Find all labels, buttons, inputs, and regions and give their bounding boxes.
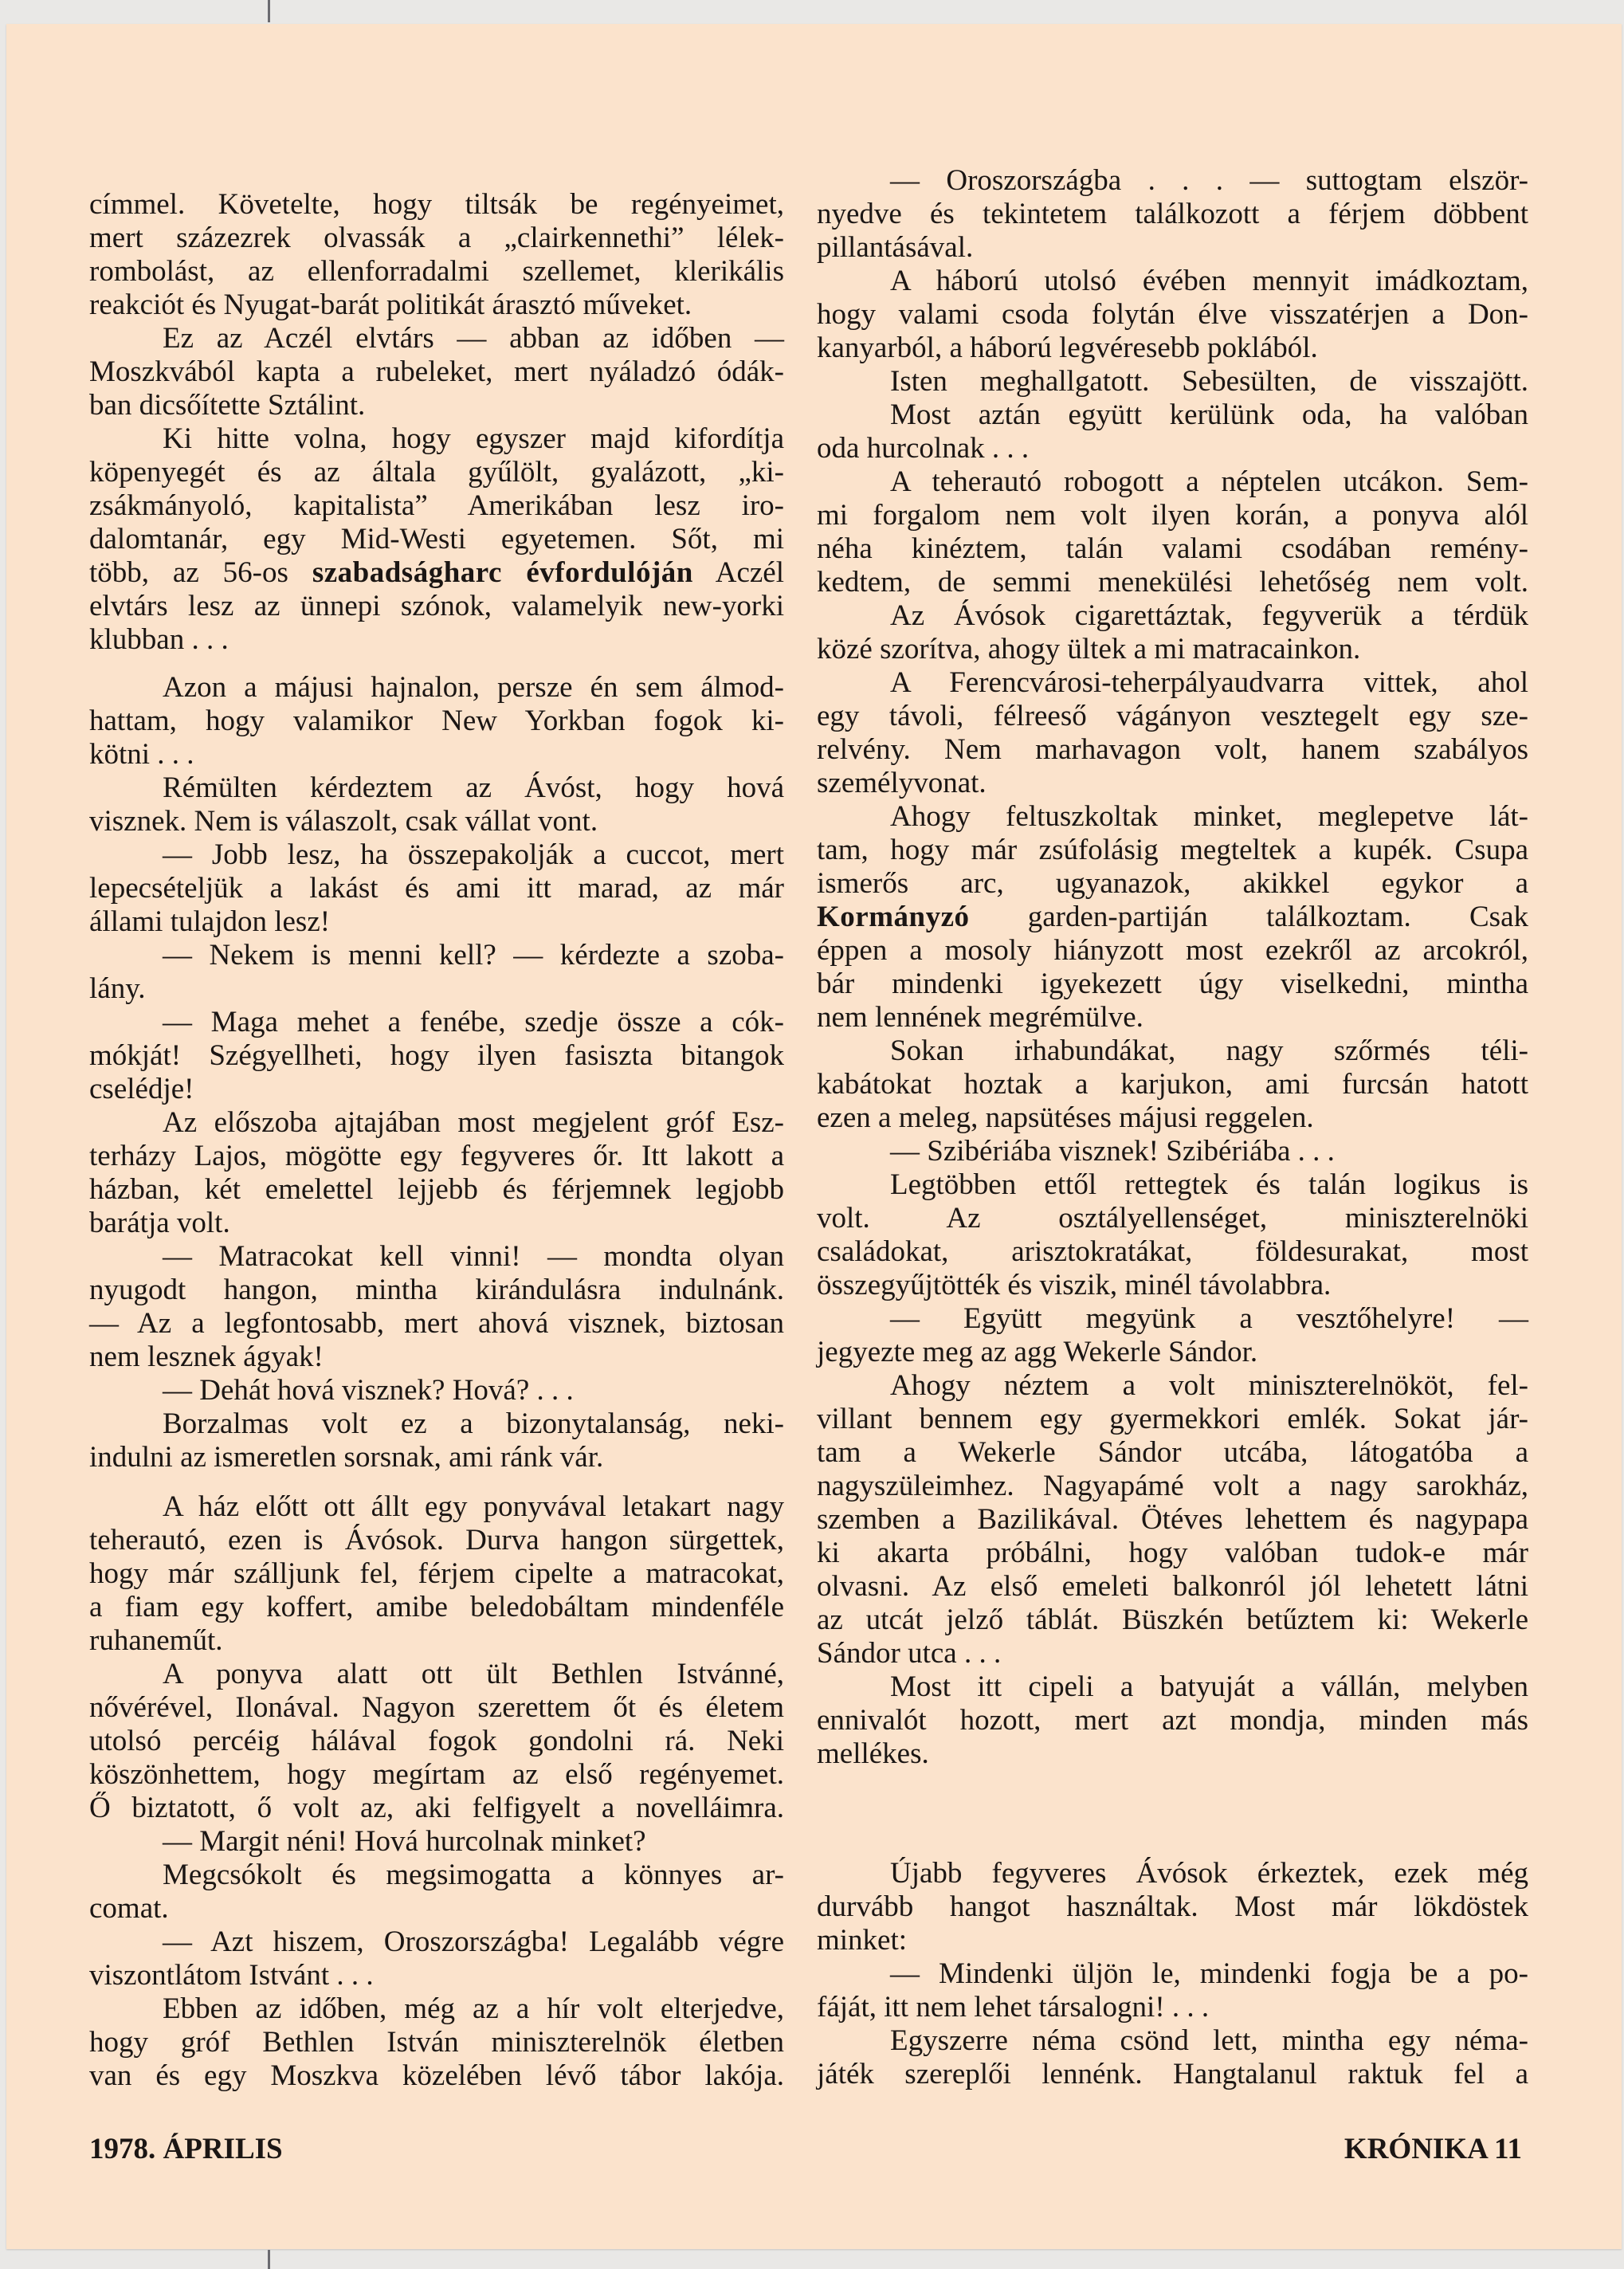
text-line: durvább hangot használtak. Most már lökd… bbox=[817, 1890, 1528, 1924]
text-line: házban, két emelettel lejjebb és férjemn… bbox=[89, 1173, 784, 1207]
text-line: ki akarta próbálni, hogy valóban tudok-e… bbox=[817, 1537, 1528, 1570]
text-line: Most itt cipeli a batyuját a vállán, mel… bbox=[817, 1670, 1528, 1704]
text-line: utolsó percéig hálával fogok gondolni rá… bbox=[89, 1725, 784, 1758]
text-line: — Az a legfontosabb, mert ahová visznek,… bbox=[89, 1307, 784, 1341]
text-line: indulni az ismeretlen sorsnak, ami ránk … bbox=[89, 1441, 784, 1474]
text-line: ezen a meleg, napsütéses májusi reggelen… bbox=[817, 1101, 1528, 1135]
text-line: cselédje! bbox=[89, 1073, 784, 1106]
text-line: hogy már szálljunk fel, férjem cipelte a… bbox=[89, 1557, 784, 1591]
text-line: barátja volt. bbox=[89, 1207, 784, 1240]
text-line: — Matracokat kell vinni! — mondta olyan bbox=[89, 1240, 784, 1274]
text-line: családokat, arisztokratákat, földesuraka… bbox=[817, 1235, 1528, 1269]
text-line: reakciót és Nyugat-barát politikát árasz… bbox=[89, 289, 784, 322]
footer-page-number: KRÓNIKA 11 bbox=[1344, 2132, 1522, 2166]
text-line: A ponyva alatt ott ült Bethlen Istvánné, bbox=[89, 1658, 784, 1691]
text-line: ennivalót hozott, mert azt mondja, minde… bbox=[817, 1704, 1528, 1737]
text-line: Egyszerre néma csönd lett, mintha egy né… bbox=[817, 2024, 1528, 2058]
text-line: mert százezrek olvassák a „clairkennethi… bbox=[89, 222, 784, 255]
text-line: — Szibériába visznek! Szibériába . . . bbox=[817, 1135, 1528, 1168]
text-line: visznek. Nem is válaszolt, csak vállat v… bbox=[89, 805, 784, 838]
text-line: A háború utolsó évében mennyit imádkozta… bbox=[817, 265, 1528, 298]
text-line: teherautó, ezen is Ávósok. Durva hangon … bbox=[89, 1524, 784, 1557]
text-line: oda hurcolnak . . . bbox=[817, 432, 1528, 465]
text-line: több, az 56-os szabadságharc évfordulójá… bbox=[89, 556, 784, 590]
text-line: tam, hogy már zsúfolásig megteltek a kup… bbox=[817, 834, 1528, 867]
text-line: nyedve és tekintetem találkozott a férje… bbox=[817, 198, 1528, 231]
text-line: köszönhettem, hogy megírtam az első regé… bbox=[89, 1758, 784, 1792]
text-line: személyvonat. bbox=[817, 767, 1528, 800]
text-line: Most aztán együtt kerülünk oda, ha valób… bbox=[817, 398, 1528, 432]
text-line: Ahogy feltuszkoltak minket, meglepetve l… bbox=[817, 800, 1528, 834]
text-line: Sándor utca . . . bbox=[817, 1637, 1528, 1670]
text-line: olvasni. Az első emeleti balkonról jól l… bbox=[817, 1570, 1528, 1604]
text-line: bár mindenki igyekezett úgy viselkedni, … bbox=[817, 968, 1528, 1001]
text-line: kötni . . . bbox=[89, 738, 784, 771]
text-line: — Nekem is menni kell? — kérdezte a szob… bbox=[89, 939, 784, 972]
text-line: néha kinéztem, talán valami csodában rem… bbox=[817, 532, 1528, 566]
text-line: Sokan irhabundákat, nagy szőrmés téli- bbox=[817, 1034, 1528, 1068]
text-line: — Azt hiszem, Oroszországba! Legalább vé… bbox=[89, 1926, 784, 1959]
text-line: A Ferencvárosi-teherpályaudvarra vittek,… bbox=[817, 666, 1528, 700]
text-line: összegyűjtötték és viszik, minél távolab… bbox=[817, 1269, 1528, 1302]
text-line: — Együtt megyünk a vesztőhelyre! — bbox=[817, 1302, 1528, 1336]
text-line: Rémülten kérdeztem az Ávóst, hogy hová bbox=[89, 771, 784, 805]
text-line: A ház előtt ott állt egy ponyvával letak… bbox=[89, 1490, 784, 1524]
text-line: egy távoli, félreeső vágányon vesztegelt… bbox=[817, 700, 1528, 733]
text-line: Ki hitte volna, hogy egyszer majd kiford… bbox=[89, 422, 784, 456]
text-line: van és egy Moszkva közelében lévő tábor … bbox=[89, 2059, 784, 2093]
text-line: hogy gróf Bethlen István miniszterelnök … bbox=[89, 2026, 784, 2059]
magazine-page: címmel. Követelte, hogy tiltsák be regén… bbox=[6, 24, 1622, 2249]
text-line: Ahogy néztem a volt miniszterelnököt, fe… bbox=[817, 1369, 1528, 1403]
text-line: Újabb fegyveres Ávósok érkeztek, ezek mé… bbox=[817, 1857, 1528, 1890]
text-line: — Mindenki üljön le, mindenki fogja be a… bbox=[817, 1957, 1528, 1991]
text-line: klubban . . . bbox=[89, 623, 784, 657]
text-line: mi forgalom nem volt ilyen korán, a pony… bbox=[817, 499, 1528, 532]
text-line: hogy valami csoda folytán élve visszatér… bbox=[817, 298, 1528, 332]
text-line: comat. bbox=[89, 1892, 784, 1926]
text-line: terházy Lajos, mögötte egy fegyveres őr.… bbox=[89, 1140, 784, 1173]
text-line: játék szereplői lennénk. Hangtalanul rak… bbox=[817, 2058, 1528, 2091]
text-line: — Dehát hová visznek? Hová? . . . bbox=[89, 1374, 784, 1407]
text-line: elvtárs lesz az ünnepi szónok, valamelyi… bbox=[89, 590, 784, 623]
text-line: A teherautó robogott a néptelen utcákon.… bbox=[817, 465, 1528, 499]
text-line: viszontlátom Istvánt . . . bbox=[89, 1959, 784, 1992]
text-line: nagyszüleimhez. Nagyapámé volt a nagy sa… bbox=[817, 1470, 1528, 1503]
text-line: Legtöbben ettől rettegtek és talán logik… bbox=[817, 1168, 1528, 1202]
text-line: hattam, hogy valamikor New Yorkban fogok… bbox=[89, 705, 784, 738]
text-line: relvény. Nem marhavagon volt, hanem szab… bbox=[817, 733, 1528, 767]
text-line: minket: bbox=[817, 1924, 1528, 1957]
text-line: Ebben az időben, még az a hír volt elter… bbox=[89, 1992, 784, 2026]
text-line: villant bennem egy gyermekkori emlék. So… bbox=[817, 1403, 1528, 1436]
text-line: köpenyegét és az általa gyűlölt, gyalázo… bbox=[89, 456, 784, 489]
text-line: nem lesznek ágyak! bbox=[89, 1341, 784, 1374]
text-line: kanyarból, a háború legvéresebb poklából… bbox=[817, 332, 1528, 365]
text-line: közé szorítva, ahogy ültek a mi matracai… bbox=[817, 633, 1528, 666]
text-line: mókját! Szégyellheti, hogy ilyen fasiszt… bbox=[89, 1039, 784, 1073]
text-line: ismerős arc, ugyanazok, akikkel egykor a bbox=[817, 867, 1528, 901]
text-line: — Jobb lesz, ha összepakolják a cuccot, … bbox=[89, 838, 784, 872]
text-line: Borzalmas volt ez a bizonytalanság, neki… bbox=[89, 1407, 784, 1441]
text-line: az utcát jelző táblát. Büszkén betűztem … bbox=[817, 1604, 1528, 1637]
text-line: lepecsételjük a lakást és ami itt marad,… bbox=[89, 872, 784, 905]
text-line: mellékes. bbox=[817, 1737, 1528, 1771]
text-line: nyugodt hangon, mintha kirándulásra indu… bbox=[89, 1274, 784, 1307]
text-line: ban dicsőítette Sztálint. bbox=[89, 389, 784, 422]
text-line: dalomtanár, egy Mid-Westi egyetemen. Sőt… bbox=[89, 523, 784, 556]
text-line: a fiam egy koffert, amibe beledobáltam m… bbox=[89, 1591, 784, 1624]
text-line: pillantásával. bbox=[817, 231, 1528, 265]
footer-date: 1978. ÁPRILIS bbox=[89, 2132, 283, 2166]
text-line: volt. Az osztályellenséget, minisztereln… bbox=[817, 1202, 1528, 1235]
text-line: — Margit néni! Hová hurcolnak minket? bbox=[89, 1825, 784, 1859]
text-line: kedtem, de semmi menekülési lehetőség ne… bbox=[817, 566, 1528, 599]
text-line: állami tulajdon lesz! bbox=[89, 905, 784, 939]
text-line: tam a Wekerle Sándor utcába, látogatóba … bbox=[817, 1436, 1528, 1470]
text-line: Az előszoba ajtajában most megjelent gró… bbox=[89, 1106, 784, 1140]
text-line: — Maga mehet a fenébe, szedje össze a có… bbox=[89, 1006, 784, 1039]
text-line: lány. bbox=[89, 972, 784, 1006]
text-line: címmel. Követelte, hogy tiltsák be regén… bbox=[89, 188, 784, 222]
text-line: Kormányzó garden-partiján találkoztam. C… bbox=[817, 901, 1528, 934]
text-line: kabátokat hoztak a karjukon, ami furcsán… bbox=[817, 1068, 1528, 1101]
text-line: Megcsókolt és megsimogatta a könnyes ar- bbox=[89, 1859, 784, 1892]
text-line: szemben a Bazilikával. Ötéves lehettem é… bbox=[817, 1503, 1528, 1537]
text-line: — Oroszországba . . . — suttogtam elször… bbox=[817, 164, 1528, 198]
text-line: Moszkvából kapta a rubeleket, mert nyála… bbox=[89, 355, 784, 389]
text-line: éppen a mosoly hiányzott most ezekről az… bbox=[817, 934, 1528, 968]
text-line: Ő biztatott, ő volt az, aki felfigyelt a… bbox=[89, 1792, 784, 1825]
text-line: fáját, itt nem lehet társalogni! . . . bbox=[817, 1991, 1528, 2024]
text-line: Azon a májusi hajnalon, persze én sem ál… bbox=[89, 671, 784, 705]
text-line: rombolást, az ellenforradalmi szellemet,… bbox=[89, 255, 784, 289]
text-line: Isten meghallgatott. Sebesülten, de viss… bbox=[817, 365, 1528, 398]
text-line: nővérével, Ilonával. Nagyon szerettem őt… bbox=[89, 1691, 784, 1725]
text-line: nem lennének megrémülve. bbox=[817, 1001, 1528, 1034]
crop-mark-bottom bbox=[268, 2250, 270, 2269]
text-line: Az Ávósok cigarettáztak, fegyverük a tér… bbox=[817, 599, 1528, 633]
text-line: Ez az Aczél elvtárs — abban az időben — bbox=[89, 322, 784, 355]
text-line: jegyezte meg az agg Wekerle Sándor. bbox=[817, 1336, 1528, 1369]
text-line: zsákmányoló, kapitalista” Amerikában les… bbox=[89, 489, 784, 523]
crop-mark-top bbox=[268, 0, 270, 22]
text-line: ruhaneműt. bbox=[89, 1624, 784, 1658]
